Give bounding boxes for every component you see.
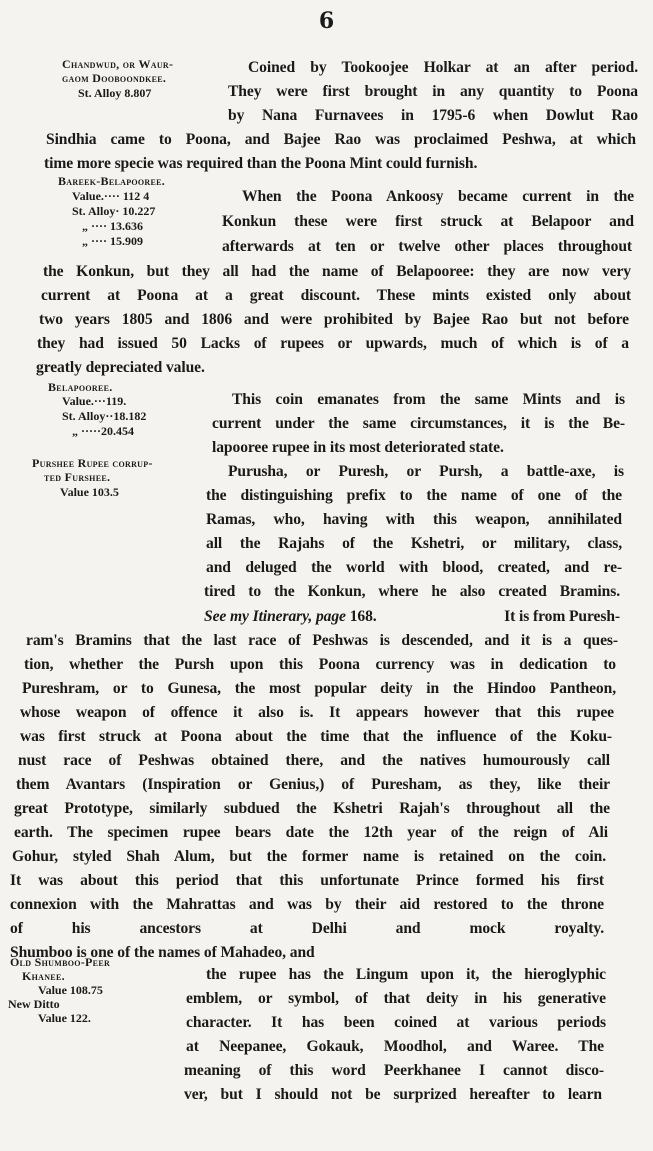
body-line: and deluged the world with blood, create… [206,558,622,577]
margin-note-value: Value 103.5 [60,485,119,499]
body-line: Shumboo is one of the names of Mahadeo, … [10,943,315,962]
body-line: nust race of Peshwas obtained there, and… [18,751,610,770]
body-line: was first struck at Poona about the time… [20,727,612,746]
body-line: the distinguishing prefix to the name of… [206,486,622,505]
body-line: two years 1805 and 1806 and were prohibi… [39,310,629,329]
body-line: whose weapon of offence it also is. It a… [20,703,614,722]
body-line: connexion with the Mahrattas and was by … [10,895,604,914]
body-line: greatly depreciated value. [36,358,205,377]
body-line: afterwards at ten or twelve other places… [222,237,632,256]
body-line: current under the same circumstances, it… [212,414,625,433]
margin-note-value: Value 122. [38,1011,91,1025]
body-line: tired to the Konkun, where he also creat… [204,582,620,601]
body-line: tion, whether the Pursh upon this Poona … [24,655,616,674]
body-line: meaning of this word Peerkhanee I cannot… [184,1061,604,1080]
body-line: Coined by Tookoojee Holkar at an after p… [248,58,638,77]
body-line: time more specie was required than the P… [44,154,584,173]
margin-note-title: ted Furshee. [44,470,110,484]
margin-note-value: „ ·····20.454 [72,424,134,438]
margin-note-value: Value.···· 112 4 [72,189,149,203]
body-line: Konkun these were first struck at Belapo… [222,212,634,231]
page-number: 6 [0,8,653,34]
body-line: by Nana Furnavees in 1795-6 when Dowlut … [228,106,638,125]
itinerary-page: 168. [350,608,377,625]
body-line: Purusha, or Puresh, or Pursh, a battle-a… [228,462,624,481]
body-line: them Avantars (Inspiration or Genius,) o… [16,775,610,794]
body-line: great Prototype, similarly subdued the K… [14,799,610,818]
citation-continuation: It is from Puresh- [504,607,620,626]
margin-note-title: gaom Dooboondkee. [62,71,166,85]
margin-note-value: „ ···· 15.909 [82,234,143,248]
citation-line: See my Itinerary, page 168. It is from P… [204,607,620,626]
margin-note-title: Khanee. [22,969,65,983]
body-line: Gohur, styled Shah Alum, but the former … [12,847,606,866]
body-line: They were first brought in any quantity … [228,82,638,101]
body-line: emblem, or symbol, of that deity in his … [186,989,606,1008]
body-line: Sindhia came to Poona, and Bajee Rao was… [46,130,636,149]
body-line: the Konkun, but they all had the name of… [43,262,631,281]
body-line: all the Rajahs of the Kshetri, or milita… [206,534,622,553]
margin-note-title: Chandwud, or Waur- [62,57,173,71]
body-line: lapooree rupee in its most deteriorated … [212,438,504,457]
body-line: at Neepanee, Gokauk, Moodhol, and Waree.… [186,1037,604,1056]
body-line: earth. The specimen rupee bears date the… [14,823,608,842]
body-line: the rupee has the Lingum upon it, the hi… [206,965,606,984]
body-line: character. It has been coined at various… [186,1013,606,1032]
body-line: It was about this period that this unfor… [10,871,604,890]
margin-note-title: Purshee Rupee corrup- [32,456,153,470]
itinerary-reference: See my Itinerary, page [204,608,346,625]
body-line: This coin emanates from the same Mints a… [232,390,625,409]
body-line: of his ancestors at Delhi and mock royal… [10,919,604,938]
margin-note-value: Value 108.75 [38,983,103,997]
body-line: Pureshram, or to Gunesa, the most popula… [22,679,616,698]
body-line: they had issued 50 Lacks of rupees or up… [37,334,629,353]
body-line: Ramas, who, having with this weapon, ann… [206,510,622,529]
margin-note-value: „ ···· 13.636 [82,219,143,233]
body-line: ram's Bramins that the last race of Pesh… [26,631,618,650]
margin-note-title: Belapooree. [48,380,113,394]
margin-note-title: Bareek-Belapooree. [58,174,165,188]
margin-note-value: St. Alloy··18.182 [62,409,146,423]
margin-note-value: St. Alloy· 10.227 [72,204,155,218]
body-line: current at Poona at a great discount. Th… [41,286,631,305]
margin-note-value: New Ditto [8,997,60,1011]
citation-reference: See my Itinerary, page 168. [204,607,377,626]
book-page: 6 Chandwud, or Waur- gaom Dooboondkee. S… [0,0,653,1151]
body-line: When the Poona Ankoosy became current in… [242,187,634,206]
margin-note-value: St. Alloy 8.807 [78,86,151,100]
margin-note-value: Value.···119. [62,394,126,408]
body-line: ver, but I should not be surprized herea… [184,1085,602,1104]
